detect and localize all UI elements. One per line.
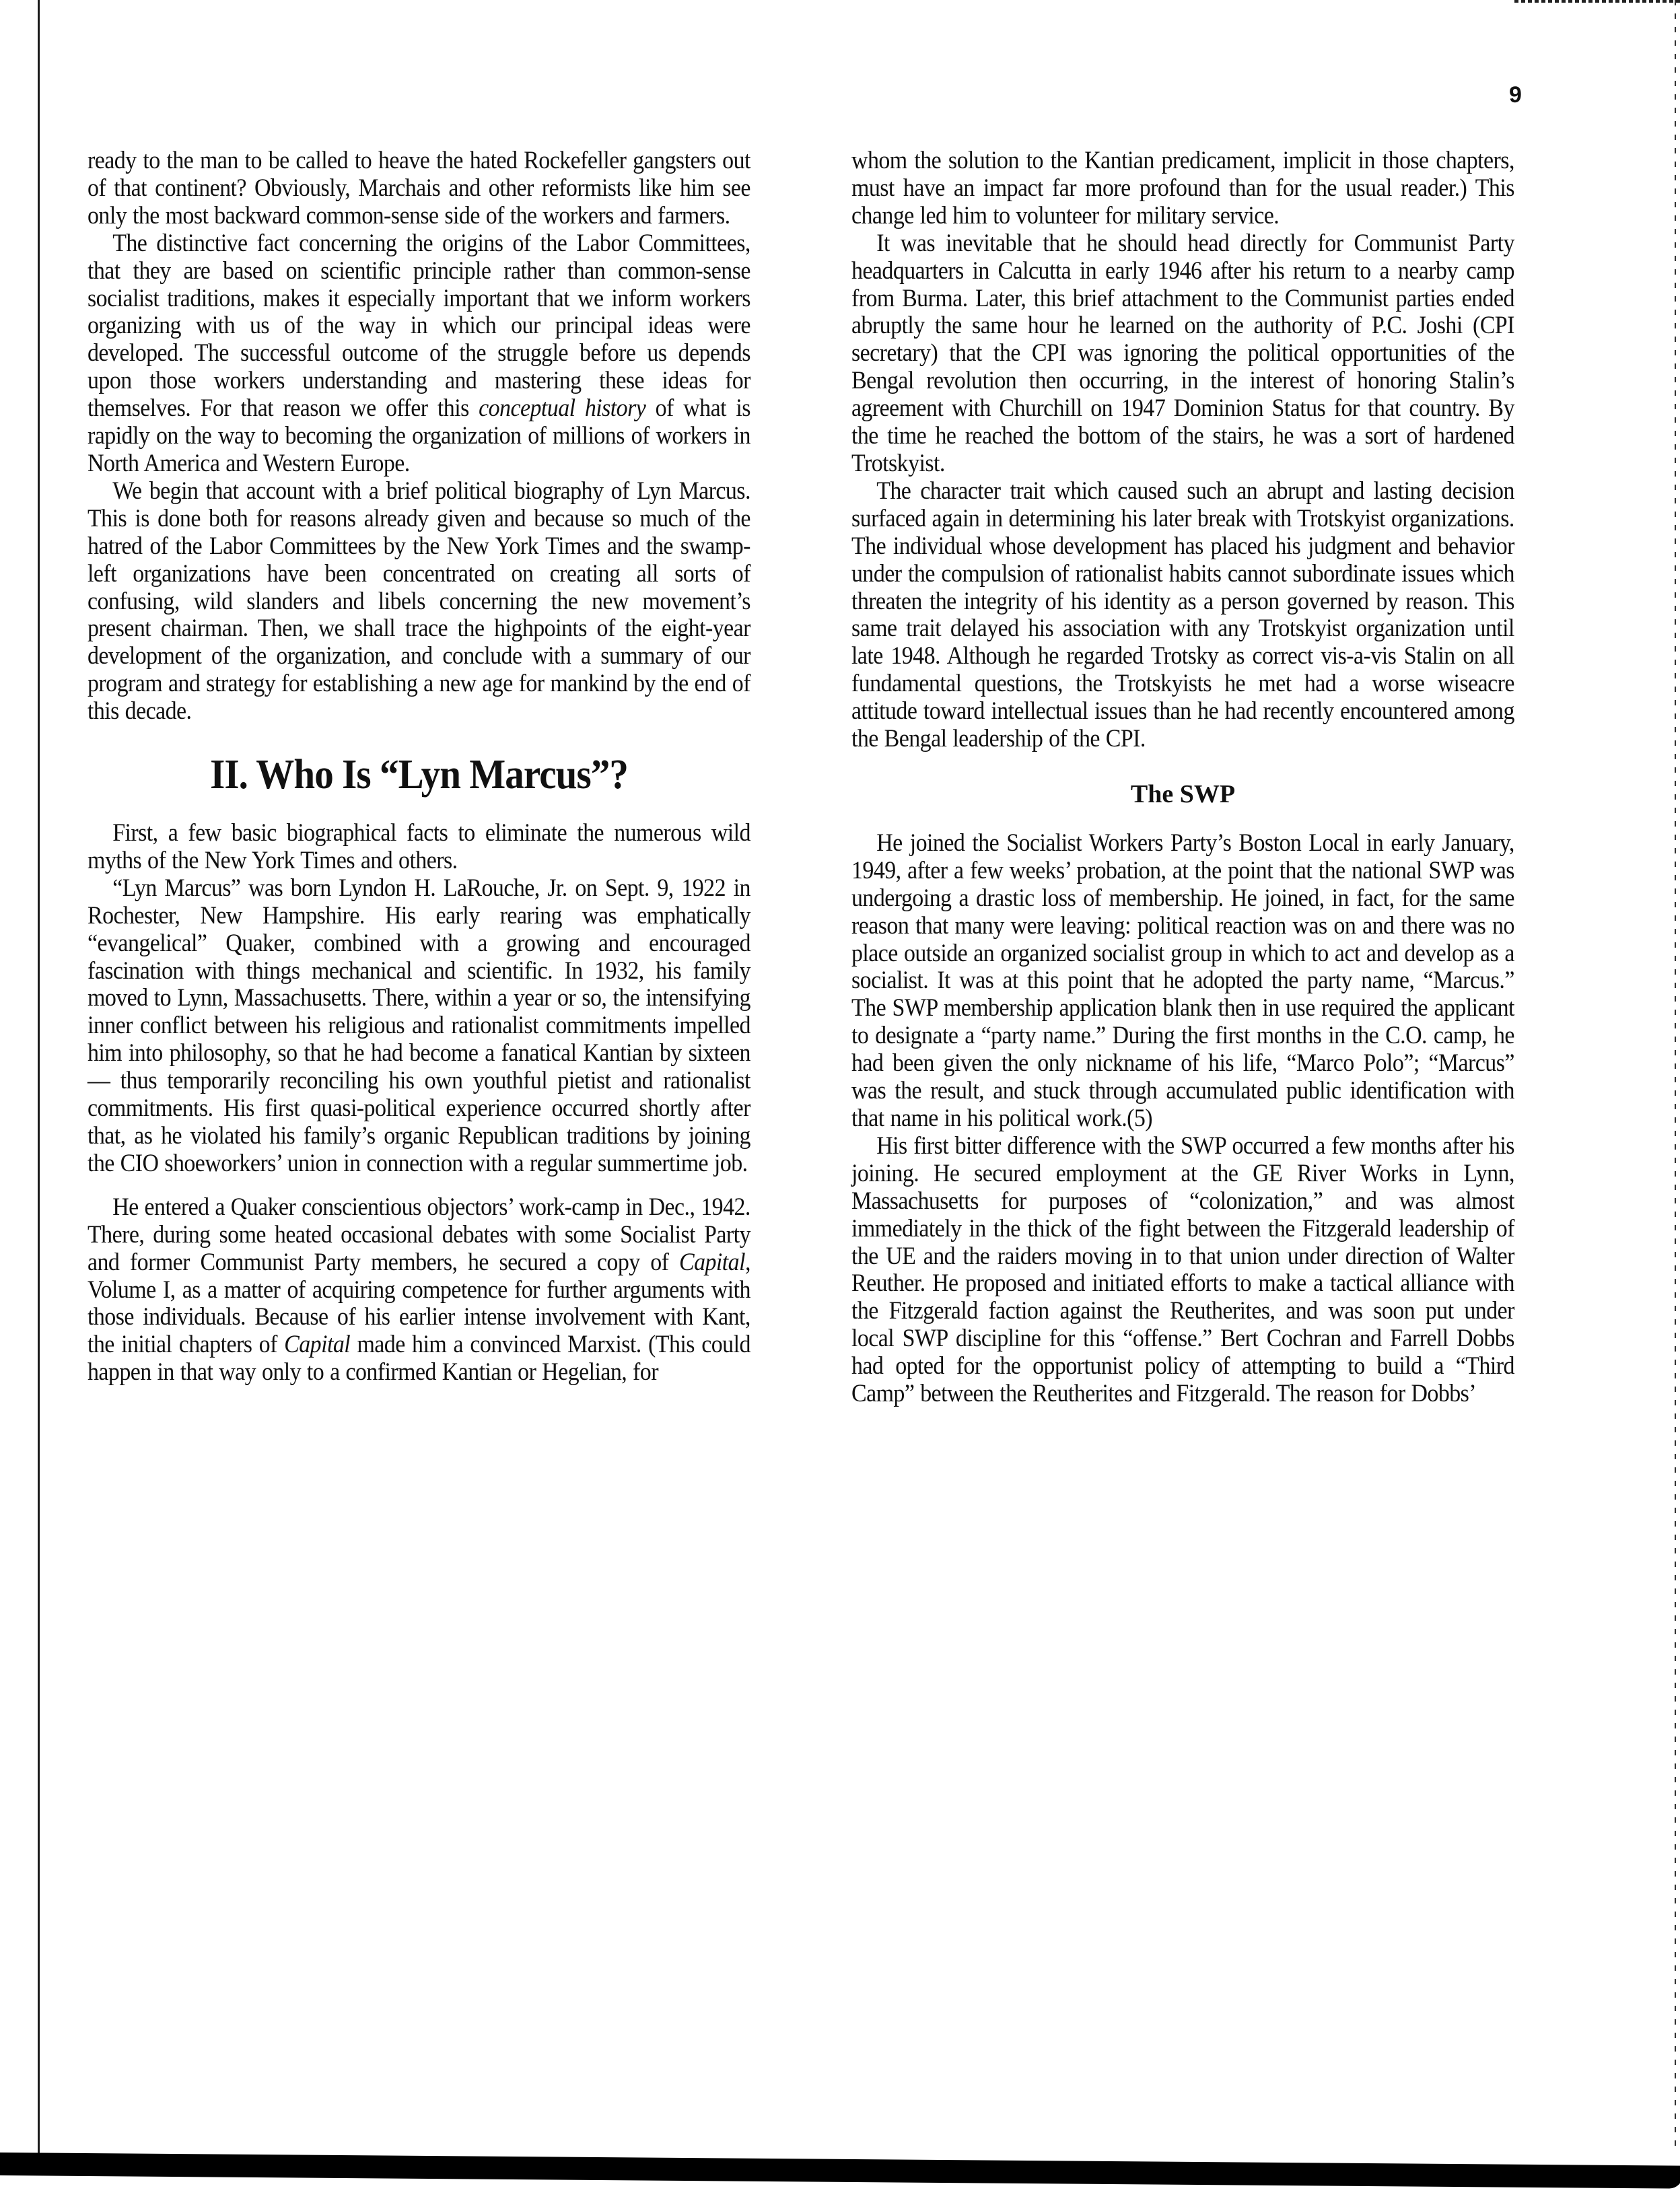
page-bottom-shadow-bar xyxy=(0,2152,1680,2189)
italic-text: Capital xyxy=(284,1330,350,1358)
paragraph: The character trait which caused such an… xyxy=(851,477,1514,753)
text-run: It was inevitable that he should head di… xyxy=(851,229,1514,477)
text-run: ready to the man to be called to heave t… xyxy=(87,146,750,229)
paragraph: His first bitter difference with the SWP… xyxy=(851,1132,1514,1407)
page-number: 9 xyxy=(1509,82,1522,108)
text-run: His first bitter difference with the SWP… xyxy=(851,1131,1514,1407)
subsection-body: He joined the Socialist Workers Party’s … xyxy=(851,829,1514,1407)
page-edge-top-rule xyxy=(1514,0,1680,3)
left-column-intro: ready to the man to be called to heave t… xyxy=(87,147,750,725)
section-heading: II. Who Is “Lyn Marcus”? xyxy=(114,750,724,799)
text-run: He joined the Socialist Workers Party’s … xyxy=(851,829,1514,1131)
paragraph: First, a few basic biographical facts to… xyxy=(87,819,750,874)
text-run: The character trait which caused such an… xyxy=(851,477,1514,752)
text-run: The distinctive fact concerning the orig… xyxy=(87,229,750,421)
paragraph: “Lyn Marcus” was born Lyndon H. LaRouche… xyxy=(87,874,750,1177)
paragraph: It was inevitable that he should head di… xyxy=(851,230,1514,477)
italic-text: conceptual history xyxy=(479,394,645,421)
right-column-intro: whom the solution to the Kantian predica… xyxy=(851,147,1514,753)
paragraph: The distinctive fact concerning the orig… xyxy=(87,230,750,477)
paragraph: He entered a Quaker conscientious object… xyxy=(87,1193,750,1386)
subsection-heading: The SWP xyxy=(851,779,1514,809)
text-run: “Lyn Marcus” was born Lyndon H. LaRouche… xyxy=(87,874,750,1177)
page-edge-right-rule xyxy=(1675,0,1676,2154)
paragraph: He joined the Socialist Workers Party’s … xyxy=(851,829,1514,1132)
text-run: We begin that account with a brief polit… xyxy=(87,477,750,724)
left-column: ready to the man to be called to heave t… xyxy=(87,147,750,1386)
right-column: whom the solution to the Kantian predica… xyxy=(851,147,1514,1407)
text-run: First, a few basic biographical facts to… xyxy=(87,818,750,874)
text-run: whom the solution to the Kantian predica… xyxy=(851,146,1514,229)
paragraph: We begin that account with a brief polit… xyxy=(87,477,750,725)
section-body: First, a few basic biographical facts to… xyxy=(87,819,750,1386)
text-run: He entered a Quaker conscientious object… xyxy=(87,1193,750,1275)
italic-text: Capital, xyxy=(679,1248,750,1275)
page-edge-left-rule xyxy=(38,0,40,2154)
paragraph: ready to the man to be called to heave t… xyxy=(87,147,750,230)
paragraph: whom the solution to the Kantian predica… xyxy=(851,147,1514,230)
